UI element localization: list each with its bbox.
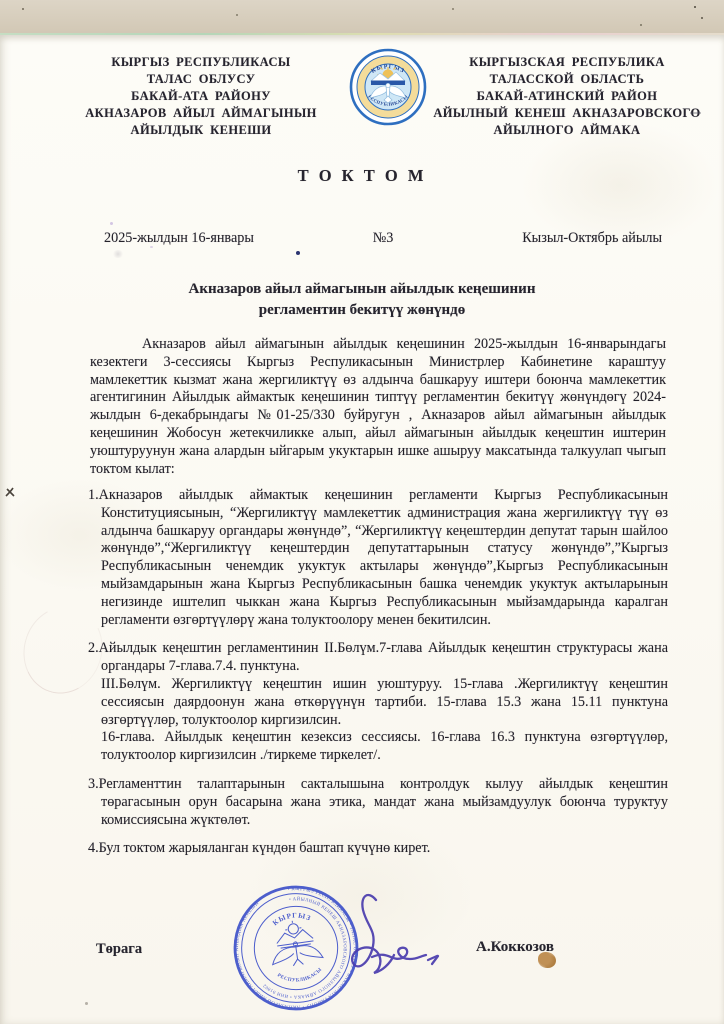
scan-speck (110, 222, 113, 225)
scan-stain (538, 952, 556, 968)
letterhead-line: АЙЫЛНОГО АЙМАКА (428, 122, 706, 139)
letterhead-line: ТАЛАССКОЙ ОБЛАСТЬ (428, 71, 706, 88)
decree-subject: Акназаров айыл аймагынын айылдык кеңешин… (0, 279, 724, 321)
resolution-item-2: 2.Айылдык кеңештин регламентинин II.Бөлү… (88, 640, 668, 765)
document-number: №3 (373, 230, 394, 247)
preamble-paragraph: Акназаров айыл аймагынын айылдык кеңешин… (90, 336, 666, 478)
resolution-item-4: 4.Бул токтом жарыяланган күндөн баштап к… (88, 840, 668, 858)
stamp-center-top-text: КЫРГЫЗ (270, 909, 313, 928)
signatory-role: Төрага (96, 941, 142, 958)
svg-text:КЫРГЫЗ: КЫРГЫЗ (270, 909, 313, 928)
scanned-document-page: КЫРГЫЗ РЕСПУБЛИКАСЫ ТАЛАС ОБЛУСУ БАКАЙ-А… (0, 0, 724, 1024)
letterhead-line: АЙЫЛНЫЙ КЕНЕШ АКНАЗАРОВСКОГО (428, 105, 706, 122)
official-round-stamp-icon: • КЫРГЫЗ РЕСПУБЛИКАСЫ • ТАЛАС ОБЛУСУ • Б… (232, 884, 360, 1012)
letterhead-line: АЙЫЛДЫК КЕНЕШИ (58, 122, 344, 139)
letterhead-line: БАКАЙ-АТА РАЙОНУ (58, 88, 344, 105)
scan-ink-mark (4, 486, 18, 500)
decree-subject-line: регламентин бекитүү жөнүндө (0, 300, 724, 321)
letterhead-line: БАКАЙ-АТИНСКИЙ РАЙОН (428, 88, 706, 105)
scan-speck (150, 246, 153, 248)
scan-dash-mark (690, 112, 701, 114)
decree-subject-line: Акназаров айыл аймагынын айылдык кеңешин… (0, 279, 724, 300)
document-place: Кызыл-Октябрь айылы (393, 230, 662, 247)
letterhead-line: ТАЛАС ОБЛУСУ (58, 71, 344, 88)
letterhead-kyrgyz-block: КЫРГЫЗ РЕСПУБЛИКАСЫ ТАЛАС ОБЛУСУ БАКАЙ-А… (58, 54, 344, 139)
scan-background-top (0, 0, 724, 33)
document-type-title: Т О К Т О М (0, 166, 724, 186)
letterhead-line: КЫРГЫЗСКАЯ РЕСПУБЛИКА (428, 54, 706, 71)
letterhead-line: АКНАЗАРОВ АЙЫЛ АЙМАГЫНЫН (58, 105, 344, 122)
scan-ink-dot (296, 251, 300, 255)
dateline: 2025-жылдын 16-январы №3 Кызыл-Октябрь а… (104, 230, 662, 247)
scan-dust-specks (0, 0, 2, 2)
resolution-item-3: 3.Регламенттин талаптарынын сакталышына … (88, 776, 668, 829)
letterhead-line: КЫРГЫЗ РЕСПУБЛИКАСЫ (58, 54, 344, 71)
scan-smudge (112, 250, 124, 258)
letterhead-russian-block: КЫРГЫЗСКАЯ РЕСПУБЛИКА ТАЛАССКОЙ ОБЛАСТЬ … (428, 54, 706, 139)
kyrgyz-republic-emblem-icon: КЫРГЫЗ РЕСПУБЛИКАСЫ (349, 48, 427, 126)
resolution-items: 1.Акназаров айылдык аймактык кеңешинин р… (88, 487, 668, 869)
scan-speck (85, 1002, 88, 1005)
resolution-item-1: 1.Акназаров айылдык аймактык кеңешинин р… (88, 487, 668, 629)
document-date: 2025-жылдын 16-январы (104, 230, 373, 247)
handwritten-signature (342, 884, 452, 998)
